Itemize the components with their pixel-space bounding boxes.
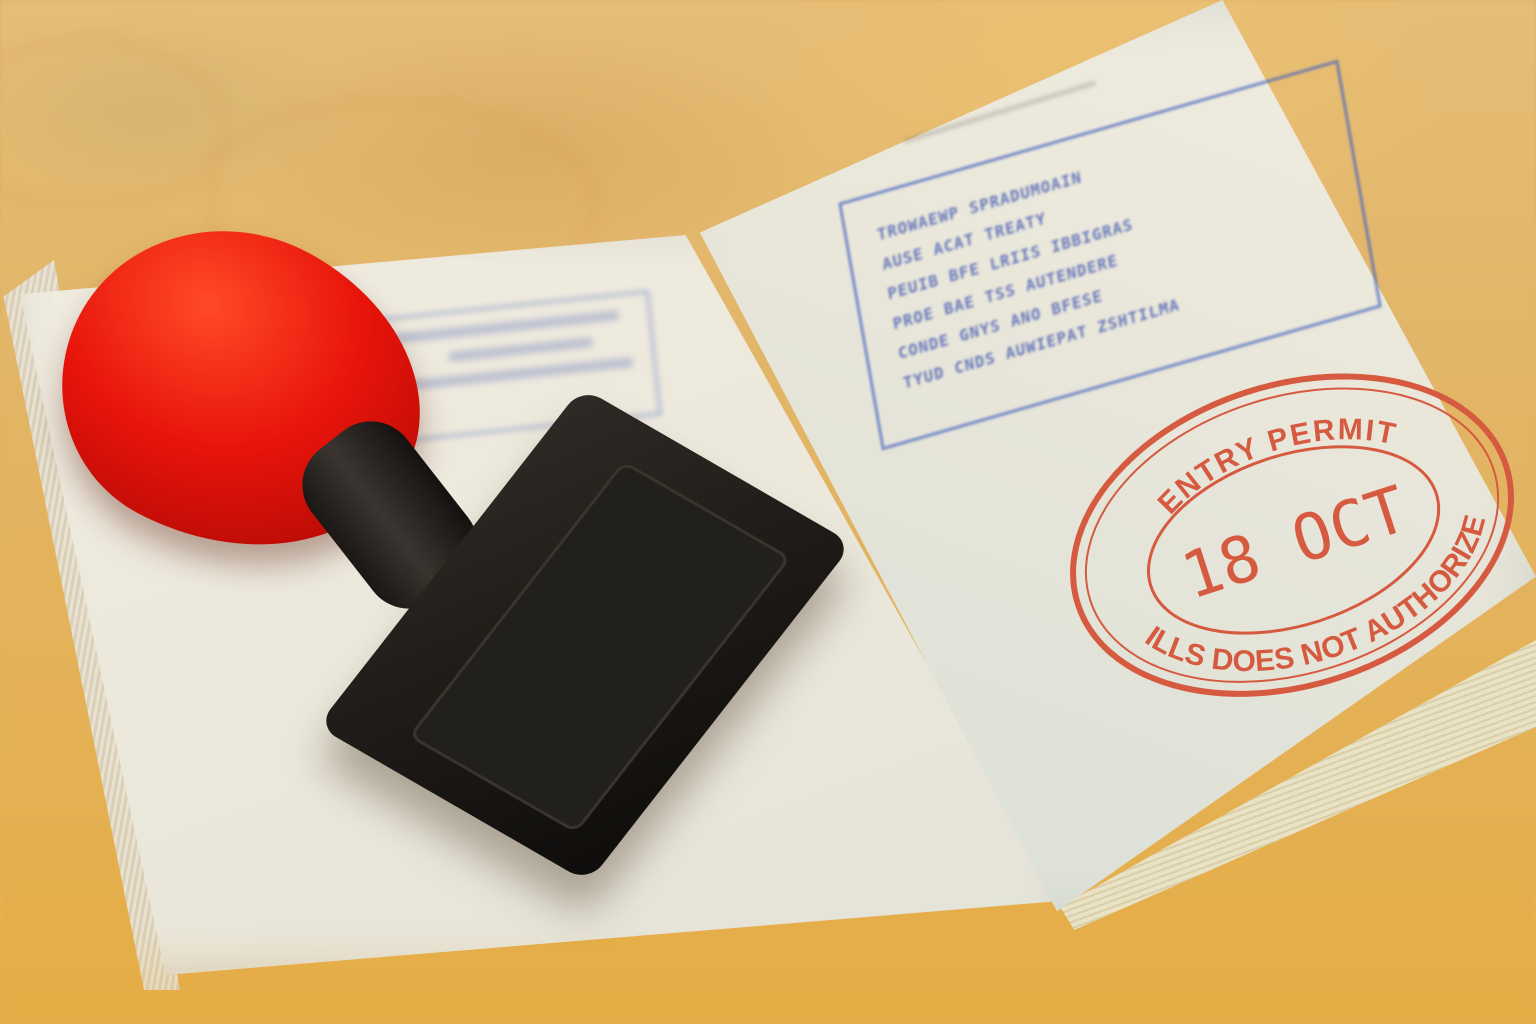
foreground-blur [0,924,1536,1024]
photo-scene: TROWAEWP SPRADUMOAIN AUSE ACAT TREATY PE… [0,0,1536,1024]
